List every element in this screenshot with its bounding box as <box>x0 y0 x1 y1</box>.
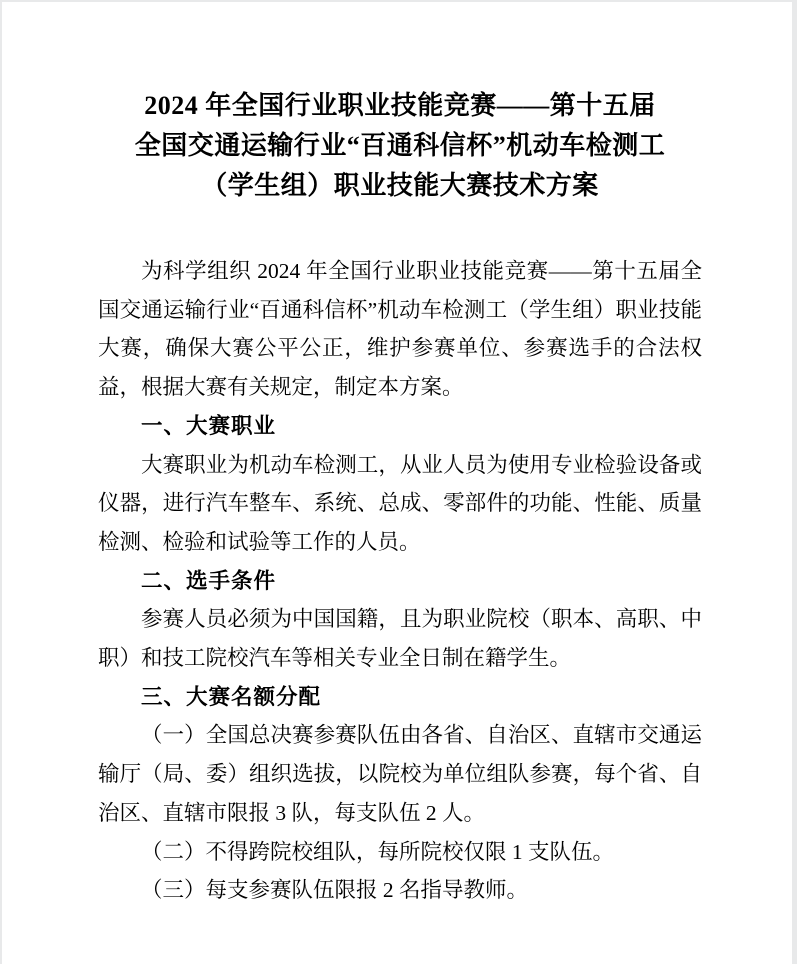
section-heading-competition-occupation: 一、大赛职业 <box>98 407 702 446</box>
document-title-line-1: 2024 年全国行业职业技能竞赛——第十五届 <box>98 86 702 126</box>
document-page: 2024 年全国行业职业技能竞赛——第十五届 全国交通运输行业“百通科信杯”机动… <box>2 2 792 964</box>
paragraph-occupation-description: 大赛职业为机动车检测工，从业人员为使用专业检验设备或仪器，进行汽车整车、系统、总… <box>98 446 702 562</box>
document-content: 2024 年全国行业职业技能竞赛——第十五届 全国交通运输行业“百通科信杯”机动… <box>2 2 792 910</box>
paragraph-quota-item-3: （三）每支参赛队伍限报 2 名指导教师。 <box>98 871 702 910</box>
paragraph-quota-item-2: （二）不得跨院校组队，每所院校仅限 1 支队伍。 <box>98 833 702 872</box>
document-title: 2024 年全国行业职业技能竞赛——第十五届 全国交通运输行业“百通科信杯”机动… <box>98 86 702 206</box>
intro-paragraph: 为科学组织 2024 年全国行业职业技能竞赛——第十五届全国交通运输行业“百通科… <box>98 252 702 407</box>
section-heading-contestant-requirements: 二、选手条件 <box>98 562 702 601</box>
section-heading-quota-allocation: 三、大赛名额分配 <box>98 678 702 717</box>
document-body: 为科学组织 2024 年全国行业职业技能竞赛——第十五届全国交通运输行业“百通科… <box>98 252 702 910</box>
document-title-line-3: （学生组）职业技能大赛技术方案 <box>98 166 702 206</box>
paragraph-contestant-requirements: 参赛人员必须为中国国籍，且为职业院校（职本、高职、中职）和技工院校汽车等相关专业… <box>98 600 702 677</box>
document-viewer: { "document": { "title_lines": [ "2024 年… <box>0 0 797 964</box>
paragraph-quota-item-1: （一）全国总决赛参赛队伍由各省、自治区、直辖市交通运输厅（局、委）组织选拔，以院… <box>98 716 702 832</box>
document-title-line-2: 全国交通运输行业“百通科信杯”机动车检测工 <box>98 126 702 166</box>
